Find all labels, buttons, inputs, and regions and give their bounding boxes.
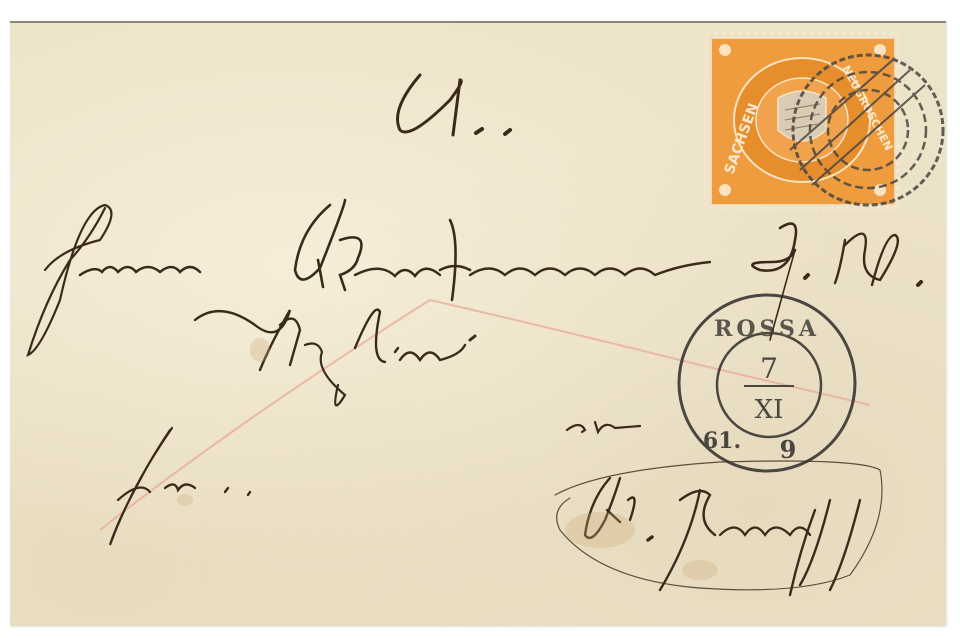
datestamp-hour: 9: [780, 435, 797, 464]
datestamp-town: ROSSA: [714, 316, 820, 342]
datestamp-month: XI: [755, 395, 784, 425]
foxing-stains: [177, 338, 718, 580]
datestamp-year: 61.: [703, 428, 741, 454]
datestamp-day: 7: [760, 352, 778, 385]
cover-artwork: SACHSEN NEUGROSCHEN ROSSA 7 XI 61. 9: [0, 0, 960, 638]
